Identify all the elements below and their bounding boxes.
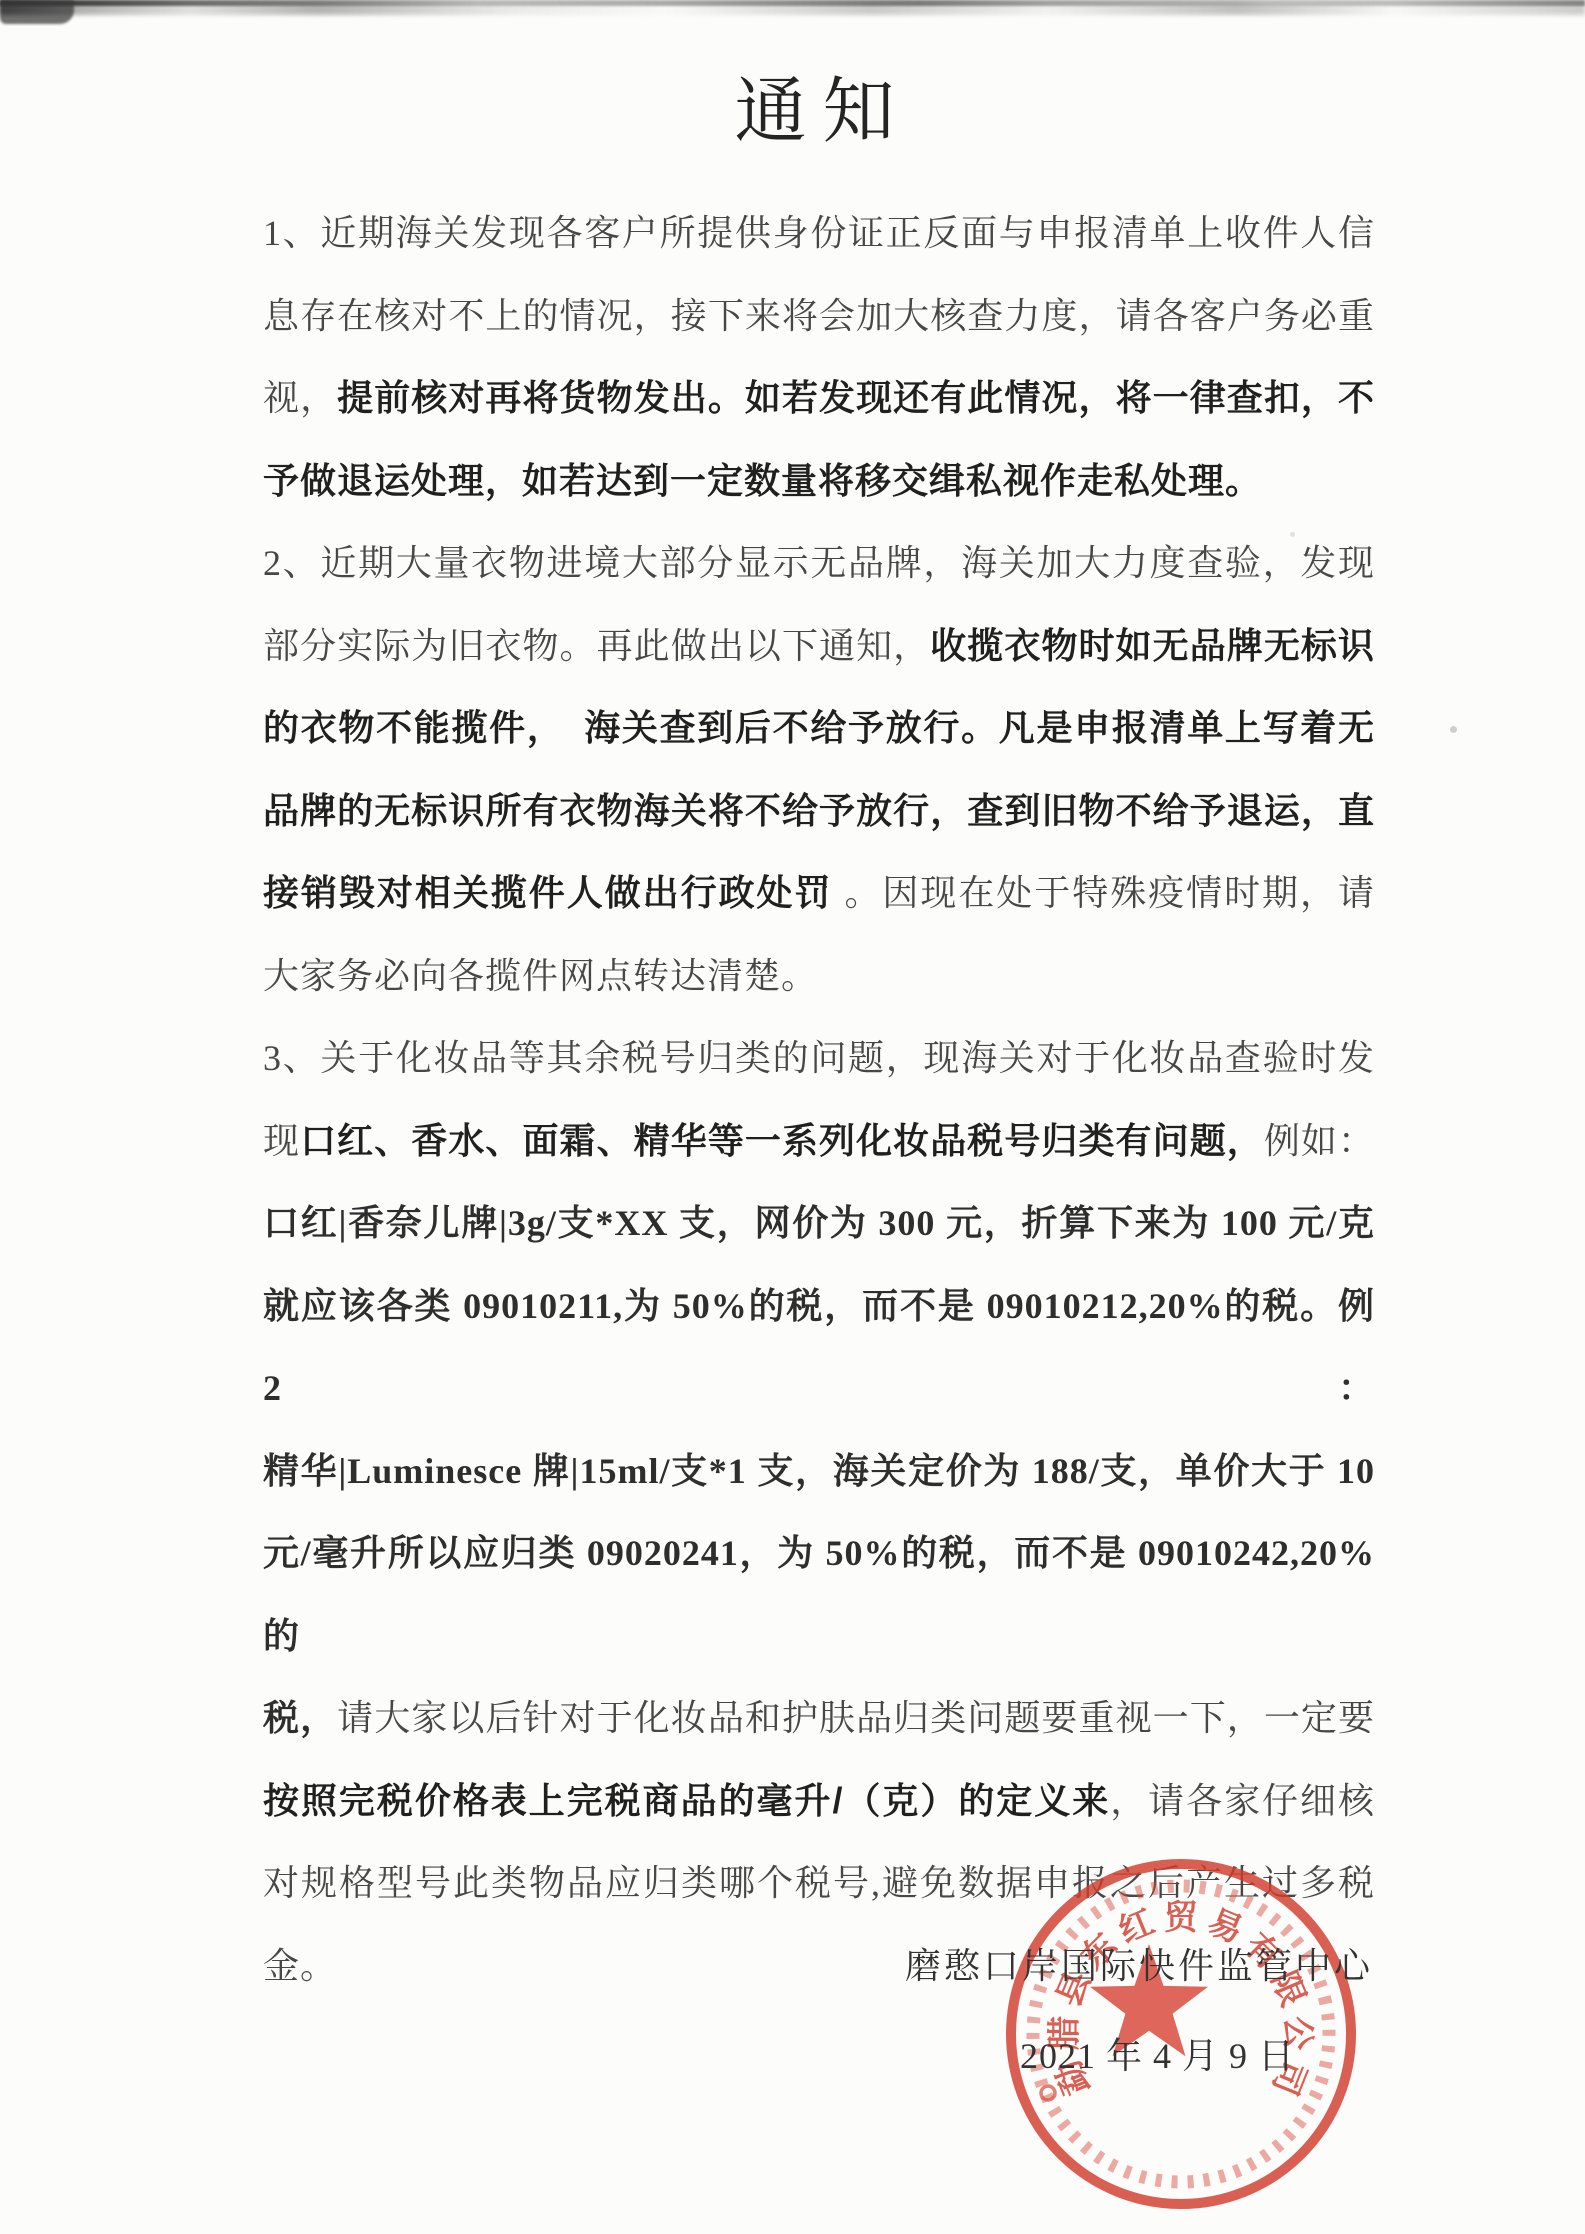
text-segment: 大家务必向各揽件网点转达清楚。 <box>263 956 818 996</box>
text-line: 口红|香奈儿牌|3g/支*XX 支，网价为 300 元，折算下来为 100 元/… <box>263 1182 1375 1265</box>
text-segment: 收揽衣物时如无品牌无标识 <box>930 625 1375 666</box>
text-line: 就应该各类 09010211,为 50%的税，而不是 09010212,20%的… <box>263 1265 1375 1430</box>
text-line: 税，请大家以后针对于化妆品和护肤品归类问题要重视一下，一定要 <box>263 1677 1375 1760</box>
notice-body: 1、近期海关发现各客户所提供身份证正反面与申报清单上收件人信息存在核对不上的情况… <box>263 192 1375 2007</box>
page-title: 通知 <box>0 66 1585 158</box>
text-line: 予做退运处理，如若达到一定数量将移交缉私视作走私处理。 <box>263 440 1375 523</box>
scan-artifact-blob <box>0 0 74 24</box>
text-line: 接销毁对相关揽件人做出行政处罚 。因现在处于特殊疫情时期，请 <box>263 852 1375 935</box>
text-line: 品牌的无标识所有衣物海关将不给予放行，查到旧物不给予退运，直 <box>263 770 1375 853</box>
text-segment: 精华|Luminesce 牌|15ml/支*1 支，海关定价为 188/支，单价… <box>263 1451 1375 1491</box>
text-line: 按照完税价格表上完税商品的毫升/（克）的定义来，请各家仔细核 <box>263 1760 1375 1843</box>
text-line: 元/毫升所以应归类 09020241，为 50%的税，而不是 09010242,… <box>263 1512 1375 1677</box>
text-segment: 。因现在处于特殊疫情时期，请 <box>844 873 1375 913</box>
scan-artifact-band <box>0 0 1585 6</box>
scanned-notice-page: 通知 1、近期海关发现各客户所提供身份证正反面与申报清单上收件人信息存在核对不上… <box>0 0 1585 2234</box>
text-segment: 金。 <box>263 1946 337 1986</box>
text-segment: 提前核对再将货物发出。如若发现还有此情况，将一律查扣，不 <box>337 377 1375 418</box>
text-line: 2、近期大量衣物进境大部分显示无品牌，海关加大力度查验，发现 <box>263 522 1375 605</box>
signature-date: 2021 年 4 月 9 日 <box>1020 2028 1295 2079</box>
text-segment: 税， <box>263 1698 337 1738</box>
text-segment: 1、近期海关发现各客户所提供身份证正反面与申报清单上收件人信 <box>263 213 1375 253</box>
text-segment: 就应该各类 09010211,为 50%的税，而不是 09010212,20%的… <box>263 1286 1375 1409</box>
text-segment: 息存在核对不上的情况，接下来将会加大核查力度，请各客户务必重 <box>263 296 1375 336</box>
text-line: 息存在核对不上的情况，接下来将会加大核查力度，请各客户务必重 <box>263 275 1375 358</box>
text-segment: 部分实际为旧衣物。再此做出以下通知， <box>263 626 930 666</box>
text-segment: ，请各家仔细核 <box>1110 1781 1375 1821</box>
text-line: 精华|Luminesce 牌|15ml/支*1 支，海关定价为 188/支，单价… <box>263 1430 1375 1513</box>
text-segment: 例如： <box>1264 1121 1375 1161</box>
text-line: 部分实际为旧衣物。再此做出以下通知，收揽衣物时如无品牌无标识 <box>263 605 1375 688</box>
stamp-arc-char: 贸 <box>1164 1899 1199 1937</box>
text-line: 的衣物不能揽件， 海关查到后不给予放行。凡是申报清单上写着无 <box>263 687 1375 770</box>
text-line: 现口红、香水、面霜、精华等一系列化妆品税号归类有问题，例如： <box>263 1100 1375 1183</box>
text-segment: 口红、香水、面霜、精华等一系列化妆品税号归类有问题， <box>300 1120 1264 1161</box>
text-segment: 3、关于化妆品等其余税号归类的问题，现海关对于化妆品查验时发 <box>263 1038 1375 1078</box>
scan-artifact-speck <box>1450 726 1457 733</box>
text-segment: 品牌的无标识所有衣物海关将不给予放行，查到旧物不给予退运，直 <box>263 790 1375 831</box>
text-segment: 口红|香奈儿牌|3g/支*XX 支，网价为 300 元，折算下来为 100 元/… <box>263 1203 1375 1243</box>
text-line: 1、近期海关发现各客户所提供身份证正反面与申报清单上收件人信 <box>263 192 1375 275</box>
text-segment: 接销毁对相关揽件人做出行政处罚 <box>263 872 844 913</box>
text-segment: 请大家以后针对于化妆品和护肤品归类问题要重视一下，一定要 <box>337 1698 1375 1738</box>
text-segment: 按照完税价格表上完税商品的毫升/（克）的定义来 <box>263 1780 1110 1821</box>
text-segment: 予做退运处理，如若达到一定数量将移交缉私视作走私处理。 <box>263 460 1262 501</box>
text-line: 大家务必向各揽件网点转达清楚。 <box>263 935 1375 1018</box>
text-segment: 的衣物不能揽件， 海关查到后不给予放行。凡是申报清单上写着无 <box>263 707 1375 748</box>
text-segment: 2、近期大量衣物进境大部分显示无品牌，海关加大力度查验，发现 <box>263 543 1375 583</box>
text-segment: 视， <box>263 378 337 418</box>
text-segment: 元/毫升所以应归类 09020241，为 50%的税，而不是 09010242,… <box>263 1533 1375 1656</box>
text-line: 视，提前核对再将货物发出。如若发现还有此情况，将一律查扣，不 <box>263 357 1375 440</box>
text-line: 3、关于化妆品等其余税号归类的问题，现海关对于化妆品查验时发 <box>263 1017 1375 1100</box>
text-segment: 现 <box>263 1121 300 1161</box>
signature-org: 磨憨口岸国际快件监管中心 <box>905 1938 1373 1989</box>
